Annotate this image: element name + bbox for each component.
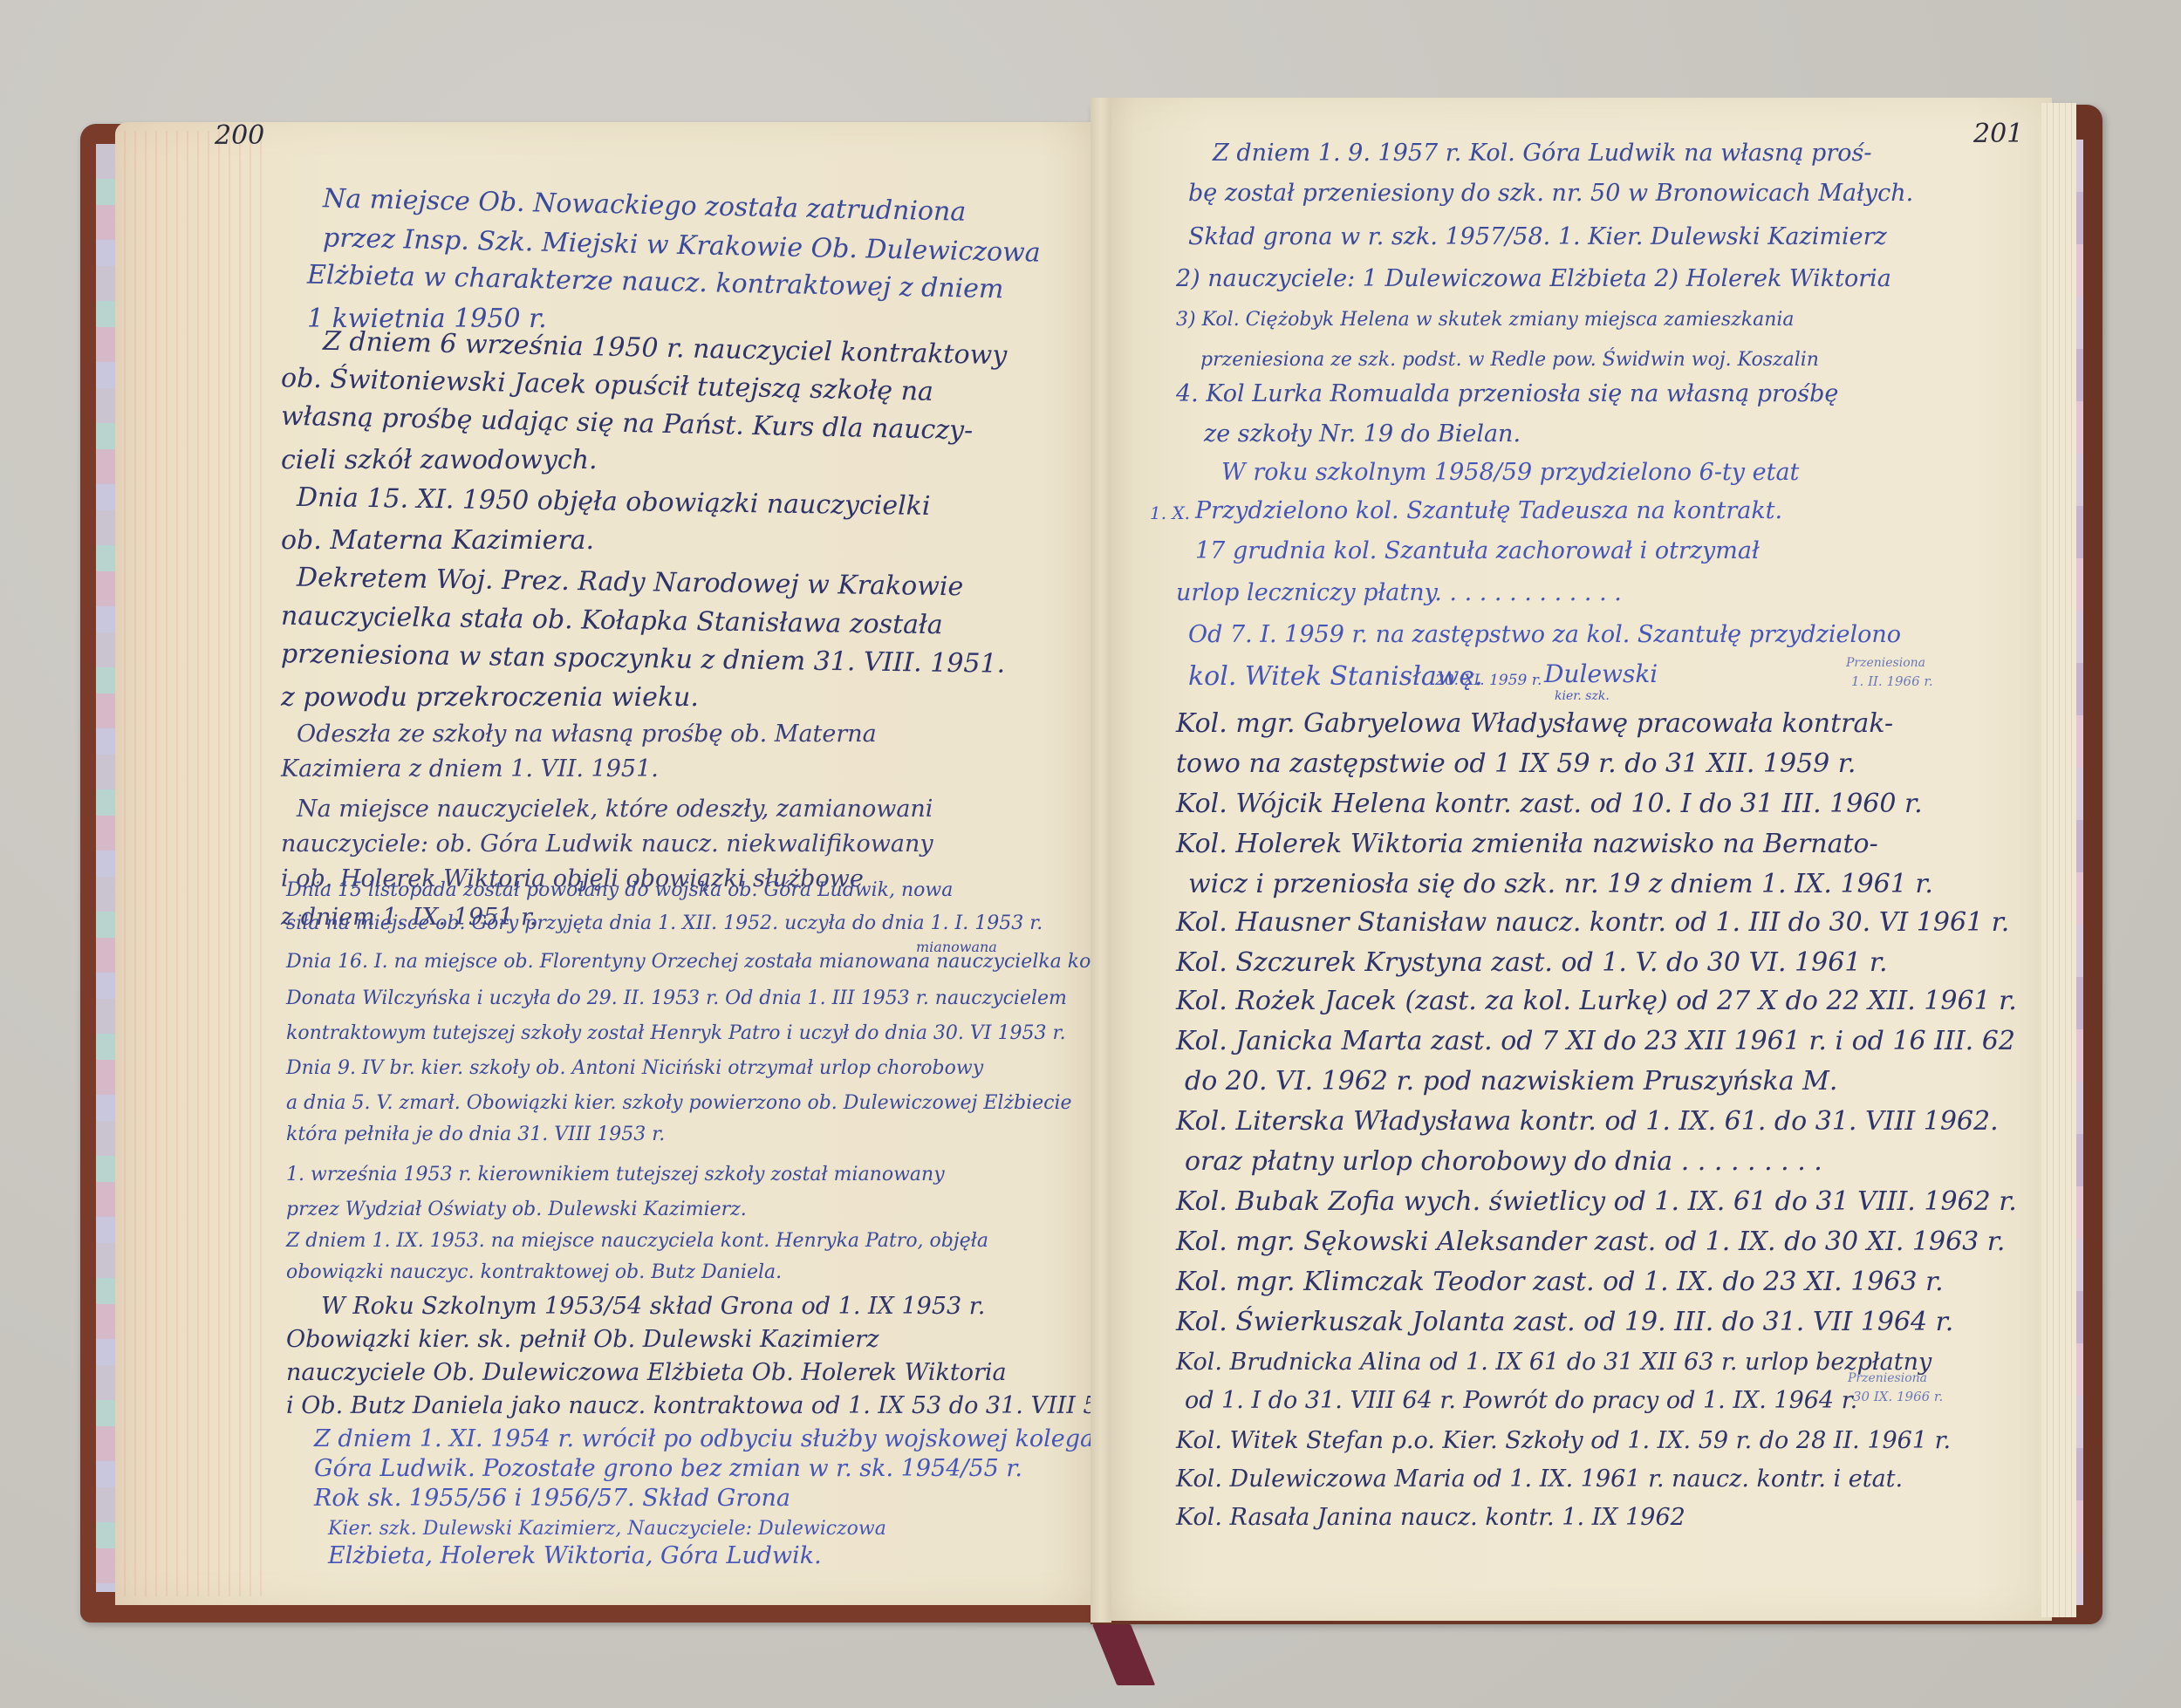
- text-line: 3) Kol. Ciężobyk Helena w skutek zmiany …: [1176, 309, 1795, 331]
- text-line: Kol. mgr. Gabryelowa Władysławę pracował…: [1176, 708, 1893, 739]
- text-line: 2) nauczyciele: 1 Dulewiczowa Elżbieta 2…: [1176, 265, 1891, 292]
- text-line: Od 7. I. 1959 r. na zastępstwo za kol. S…: [1188, 621, 1901, 648]
- text-line: ze szkoły Nr. 19 do Bielan.: [1204, 420, 1521, 447]
- text-line: Kol. mgr. Sękowski Aleksander zast. od 1…: [1176, 1226, 2005, 1257]
- text-line: Kol. Dulewiczowa Maria od 1. IX. 1961 r.…: [1176, 1465, 1903, 1493]
- text-line: Dnia 16. I. na miejsce ob. Florentyny Or…: [286, 951, 1190, 973]
- text-line: która pełniła je do dnia 31. VIII 1953 r…: [286, 1124, 665, 1145]
- text-line: Dnia 15 listopada został powołany do woj…: [286, 879, 953, 901]
- page-edge-stack-left: [115, 131, 263, 1596]
- page-number-right: 201: [1973, 119, 2023, 149]
- text-line: cieli szkół zawodowych.: [281, 445, 598, 475]
- text-line: Kol. Rasała Janina naucz. kontr. 1. IX 1…: [1176, 1504, 1685, 1531]
- text-line: Kol. Wójcik Helena kontr. zast. od 10. I…: [1176, 789, 1923, 819]
- margin-date: 1. X.: [1150, 502, 1190, 523]
- text-line: 17 grudnia kol. Szantuła zachorował i ot…: [1195, 537, 1760, 564]
- text-line: ob. Materna Kazimiera.: [281, 525, 594, 556]
- book-gutter: [1090, 98, 1111, 1623]
- text-line: towo na zastępstwie od 1 IX 59 r. do 31 …: [1176, 748, 1856, 779]
- text-line: Kol. Holerek Wiktoria zmieniła nazwisko …: [1176, 829, 1878, 859]
- text-line: Z dniem 1. XI. 1954 r. wrócił po odbyciu…: [314, 1425, 1094, 1452]
- text-line: i Ob. Butz Daniela jako naucz. kontrakto…: [286, 1392, 1120, 1419]
- text-line: nauczyciele: ob. Góra Ludwik naucz. niek…: [281, 830, 933, 857]
- text-line: Kol. Hausner Stanisław naucz. kontr. od …: [1176, 907, 2009, 938]
- text-line: kontraktowym tutejszej szkoły został Hen…: [286, 1022, 1066, 1044]
- text-line: 4. Kol Lurka Romualda przeniosła się na …: [1176, 380, 1838, 407]
- text-line: przez Wydział Oświaty ob. Dulewski Kazim…: [286, 1199, 747, 1220]
- text-line: nauczyciele Ob. Dulewiczowa Elżbieta Ob.…: [286, 1359, 1007, 1386]
- text-line: od 1. I do 31. VIII 64 r. Powrót do prac…: [1185, 1387, 1857, 1414]
- text-line: Góra Ludwik. Pozostałe grono bez zmian w…: [314, 1455, 1022, 1482]
- transfer-note-date: 30 IX. 1966 r.: [1853, 1389, 1943, 1404]
- text-line: a dnia 5. V. zmarł. Obowiązki kier. szko…: [286, 1092, 1072, 1114]
- transfer-note-label: Przeniesiona: [1848, 1371, 1927, 1385]
- text-line: W roku szkolnym 1958/59 przydzielono 6-t…: [1221, 459, 1799, 486]
- text-line: Kol. Witek Stefan p.o. Kier. Szkoły od 1…: [1176, 1427, 1951, 1454]
- text-line: Na miejsce nauczycielek, które odeszły, …: [297, 796, 933, 823]
- text-line: Kol. Janicka Marta zast. od 7 XI do 23 X…: [1176, 1026, 2015, 1056]
- signature: Dulewski: [1544, 659, 1658, 688]
- text-line: do 20. VI. 1962 r. pod nazwiskiem Pruszy…: [1185, 1066, 1837, 1097]
- text-line: oraz płatny urlop chorobowy do dnia . . …: [1185, 1146, 1822, 1177]
- transfer-note-label: Przeniesiona: [1846, 656, 1925, 670]
- text-line: W Roku Szkolnym 1953/54 skład Grona od 1…: [321, 1293, 985, 1320]
- text-line: urlop leczniczy płatny. . . . . . . . . …: [1176, 579, 1622, 606]
- page-number-left: 200: [215, 120, 264, 151]
- text-line: bę został przeniesiony do szk. nr. 50 w …: [1188, 180, 1913, 207]
- text-line: Elżbieta, Holerek Wiktoria, Góra Ludwik.: [328, 1542, 822, 1569]
- text-line: Odeszła ze szkoły na własną prośbę ob. M…: [297, 721, 877, 748]
- text-line: Kazimiera z dniem 1. VII. 1951.: [281, 755, 659, 782]
- text-line: Donata Wilczyńska i uczyła do 29. II. 19…: [286, 987, 1067, 1009]
- text-line: Przydzielono kol. Szantułę Tadeusza na k…: [1195, 497, 1782, 524]
- text-line: z powodu przekroczenia wieku.: [281, 682, 699, 713]
- transfer-note-date: 1. II. 1966 r.: [1851, 673, 1933, 689]
- text-line: Dnia 9. IV br. kier. szkoły ob. Antoni N…: [286, 1057, 983, 1079]
- text-line: Kol. Bubak Zofia wych. świetlicy od 1. I…: [1176, 1186, 2017, 1217]
- page-edge-stack-right: [2041, 103, 2076, 1617]
- bookmark-ribbon: [1092, 1624, 1155, 1685]
- text-line: przeniesiona ze szk. podst. w Redle pow.…: [1200, 349, 1819, 371]
- marbled-endpaper-right: [2076, 140, 2083, 1605]
- signature-date: 20. XI. 1959 r.: [1435, 672, 1542, 689]
- text-line: wicz i przeniosła się do szk. nr. 19 z d…: [1188, 869, 1933, 899]
- open-ledger-book: 200 Na miejsce Ob. Nowackiego została za…: [0, 0, 2181, 1708]
- text-line: siła na miejsce ob. Góry przyjęta dnia 1…: [286, 912, 1043, 934]
- text-line: 1. września 1953 r. kierownikiem tutejsz…: [286, 1164, 945, 1185]
- text-line: Rok sk. 1955/56 i 1956/57. Skład Grona: [314, 1485, 790, 1512]
- text-line: Kol. Szczurek Krystyna zast. od 1. V. do…: [1176, 947, 1888, 978]
- text-line: Kol. mgr. Klimczak Teodor zast. od 1. IX…: [1176, 1267, 1944, 1297]
- text-line: Kol. Świerkuszak Jolanta zast. od 19. II…: [1176, 1307, 1953, 1337]
- text-line: Skład grona w r. szk. 1957/58. 1. Kier. …: [1188, 223, 1887, 250]
- text-line: Z dniem 1. IX. 1953. na miejsce nauczyci…: [286, 1230, 988, 1252]
- text-line: Kol. Brudnicka Alina od 1. IX 61 do 31 X…: [1176, 1349, 1931, 1376]
- text-line: Kol. Rożek Jacek (zast. za kol. Lurkę) o…: [1176, 986, 2017, 1016]
- text-line: Kol. Literska Władysława kontr. od 1. IX…: [1176, 1106, 1999, 1137]
- marbled-endpaper-left: [96, 144, 115, 1592]
- text-line: Z dniem 1. 9. 1957 r. Kol. Góra Ludwik n…: [1213, 140, 1872, 167]
- text-line: obowiązki nauczyc. kontraktowej ob. Butz…: [286, 1261, 782, 1283]
- text-line: Kier. szk. Dulewski Kazimierz, Nauczycie…: [328, 1518, 886, 1540]
- text-line: Obowiązki kier. sk. pełnił Ob. Dulewski …: [286, 1326, 879, 1353]
- signature-title: kier. szk.: [1555, 689, 1610, 703]
